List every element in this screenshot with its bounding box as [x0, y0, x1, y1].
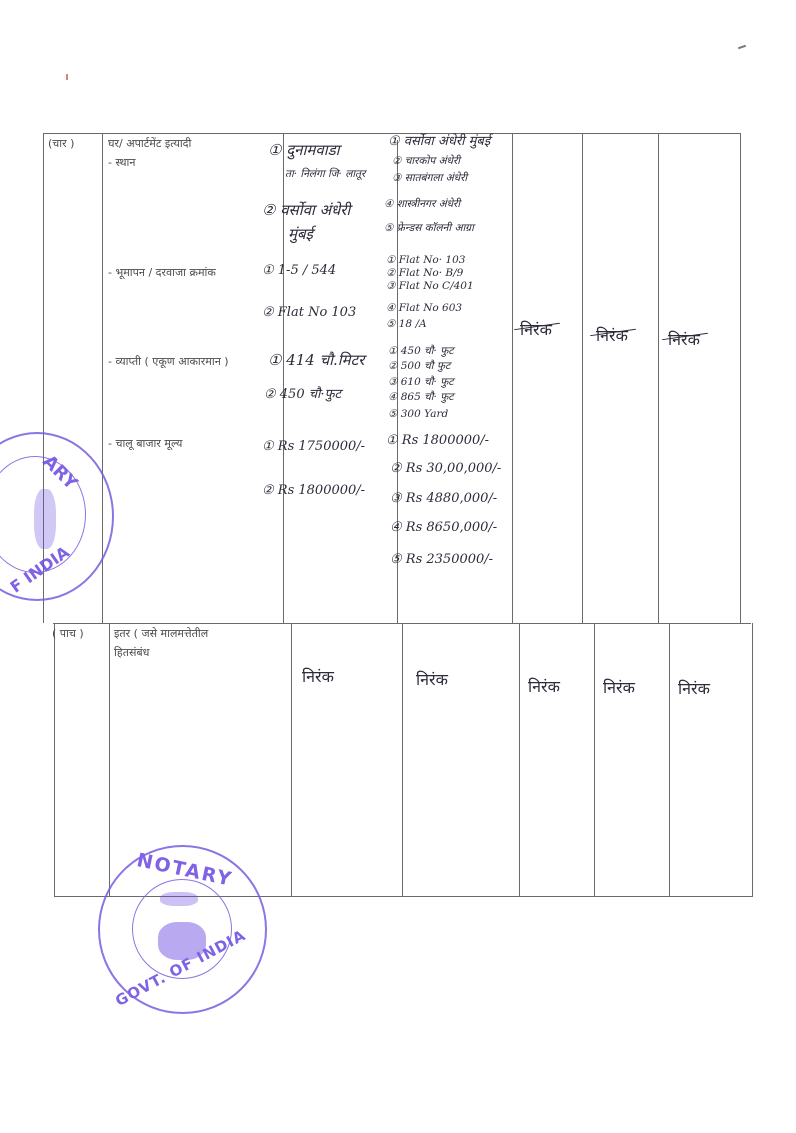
- survey-b-3: ③ Flat No C/401: [386, 280, 474, 293]
- scanned-page: (चार ) घर/ अपार्टमेंट इत्यादी - स्थान - …: [0, 0, 796, 1133]
- area-b-4: ④ 865 चौ· फुट: [388, 391, 454, 404]
- survey-a-1: ① 1-5 / 544: [262, 262, 336, 279]
- col-border-6b: [669, 623, 670, 896]
- value-b-4: ④ Rs 8650,000/-: [390, 519, 497, 536]
- field-label-location: - स्थान: [108, 155, 136, 171]
- value-b-5: ⑤ Rs 2350000/-: [390, 551, 493, 568]
- area-a-2: ② 450 चौ·फुट: [264, 386, 341, 403]
- nil-five-5: निरंक: [678, 677, 710, 699]
- field-label-area: - व्याप्ती ( एकूण आकारमान ): [108, 354, 229, 370]
- area-b-2: ② 500 चौ फुट: [388, 360, 450, 373]
- nil-five-4: निरंक: [603, 676, 635, 698]
- col-border-7: [740, 133, 741, 623]
- location-b-2: ② चारकोप अंधेरी: [392, 155, 460, 168]
- nil-five-3: निरंक: [528, 675, 560, 697]
- col-border-3b: [402, 623, 403, 896]
- area-b-3: ③ 610 चौ· फुट: [388, 376, 454, 389]
- location-b-5: ⑤ फ्रेन्डस कॉलनी आग्रा: [384, 222, 474, 235]
- notary-stamp-left: ARY F INDIA: [0, 432, 114, 601]
- location-b-4: ④ शास्त्रीनगर अंधेरी: [384, 198, 460, 211]
- area-b-5: ⑤ 300 Yard: [388, 408, 448, 421]
- col-border-1b: [109, 623, 110, 896]
- field-label-survey-number: - भूमापन / दरवाजा क्रमांक: [108, 265, 216, 281]
- value-a-1: ① Rs 1750000/-: [262, 438, 365, 455]
- scan-speck: [66, 74, 68, 80]
- location-a-2-city: मुंबई: [288, 224, 313, 244]
- notary-stamp-bottom: NOTARY GOVT. OF INDIA: [98, 845, 267, 1014]
- location-a-2: ② वर्सोवा अंधेरी: [262, 200, 350, 220]
- field-label-market-value: - चालू बाजार मूल्य: [108, 436, 182, 452]
- survey-b-1: ① Flat No· 103: [386, 254, 465, 267]
- location-b-1: ① वर्सोवा अंधेरी मुंबई: [388, 133, 490, 150]
- nil-four-c: निरंक: [520, 318, 552, 340]
- col-border-7b: [752, 623, 753, 896]
- col-border-5b: [594, 623, 595, 896]
- location-b-3: ③ सातबंगला अंधेरी: [392, 172, 467, 185]
- survey-a-1-text: ① 1-5 / 544: [262, 263, 336, 278]
- survey-a-2: ② Flat No 103: [262, 304, 356, 321]
- nil-five-1: निरंक: [302, 665, 334, 687]
- area-b-1: ① 450 चौ· फुट: [388, 345, 454, 358]
- section-four-number: (चार ): [48, 136, 74, 152]
- section-five-heading: इतर ( जसे मालमत्तेतील: [114, 626, 208, 642]
- nil-four-e: निरंक: [668, 328, 700, 350]
- col-border-6: [658, 133, 659, 623]
- value-b-2: ② Rs 30,00,000/-: [390, 460, 501, 477]
- nil-five-2: निरंक: [416, 668, 448, 690]
- section-five-heading-2: हितसंबंध: [114, 645, 149, 661]
- survey-b-4: ④ Flat No 603: [386, 302, 462, 315]
- col-border-5: [582, 133, 583, 623]
- value-a-2: ② Rs 1800000/-: [262, 482, 365, 499]
- scan-speck: [738, 45, 746, 50]
- col-border-2b: [291, 623, 292, 896]
- area-a-1: ① 414 चौ.मिटर: [268, 350, 364, 370]
- value-b-1: ① Rs 1800000/-: [386, 432, 489, 449]
- section-four-heading: घर/ अपार्टमेंट इत्यादी: [108, 136, 191, 152]
- value-b-3: ③ Rs 4880,000/-: [390, 490, 497, 507]
- col-border-0b: [54, 623, 55, 896]
- section-five-number: ( पाच ): [52, 626, 84, 642]
- survey-b-5: ⑤ 18 /A: [386, 318, 427, 331]
- nil-four-d: निरंक: [596, 324, 628, 346]
- location-a-1-taluka: ता· निलंगा जि· लातूर: [285, 168, 365, 181]
- location-a-1: ① दुनामवाडा: [268, 140, 340, 160]
- survey-b-2: ② Flat No· B/9: [386, 267, 463, 280]
- col-border-4: [512, 133, 513, 623]
- col-border-4b: [519, 623, 520, 896]
